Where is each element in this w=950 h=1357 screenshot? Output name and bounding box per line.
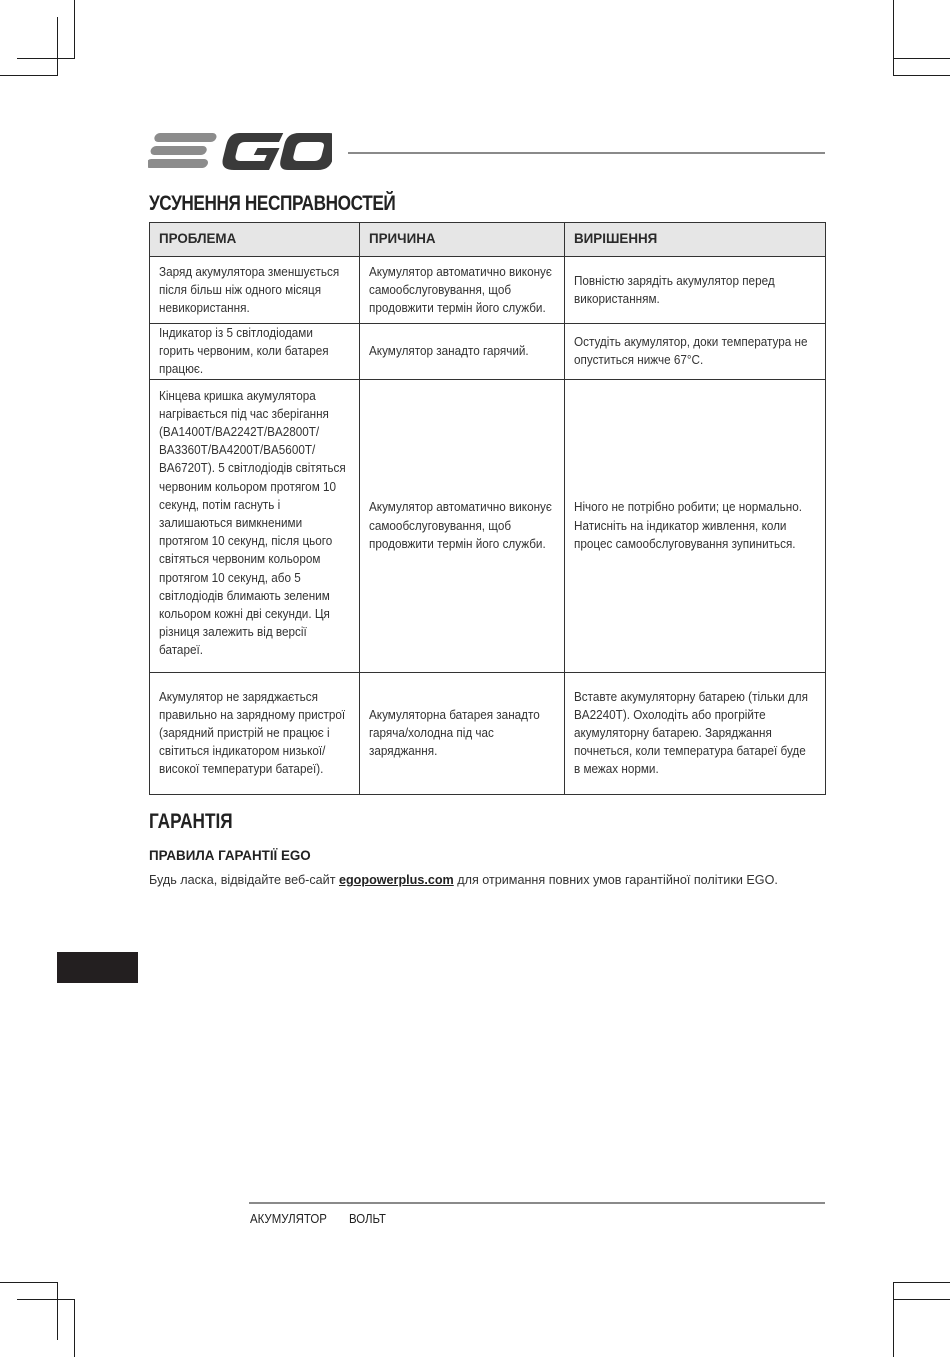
cell-solution: Нічого не потрібно робити; це нормально.… xyxy=(565,379,826,672)
header-problem: ПРОБЛЕМА xyxy=(150,223,360,257)
table-row: Індикатор із 5 світлодіодами горить черв… xyxy=(150,324,826,380)
crop-mark xyxy=(893,1282,894,1357)
warranty-link[interactable]: egopowerplus.com xyxy=(339,873,454,887)
cell-problem: Заряд акумулятора зменшується після біль… xyxy=(150,257,360,324)
crop-mark xyxy=(57,1282,58,1340)
cell-cause: Акумулятор занадто гарячий. xyxy=(360,324,565,380)
footer-left: АКУМУЛЯТОР xyxy=(250,1211,327,1226)
crop-mark xyxy=(74,0,75,58)
cell-cause: Акумуляторна батарея занадто гаряча/холо… xyxy=(360,672,565,794)
cell-solution: Вставте акумуляторну батарею (тільки для… xyxy=(565,672,826,794)
crop-mark xyxy=(17,1299,75,1300)
crop-mark xyxy=(893,1299,950,1300)
warranty-subtitle: ПРАВИЛА ГАРАНТІЇ EGO xyxy=(149,848,311,863)
cell-problem: Кінцева кришка акумулятора нагрівається … xyxy=(150,379,360,672)
crop-mark xyxy=(893,58,950,59)
cell-cause: Акумулятор автоматично виконує самообслу… xyxy=(360,257,565,324)
crop-mark xyxy=(0,1282,58,1283)
crop-mark xyxy=(17,58,75,59)
crop-mark xyxy=(0,75,58,76)
crop-mark xyxy=(57,17,58,75)
cell-cause: Акумулятор автоматично виконує самообслу… xyxy=(360,379,565,672)
crop-mark xyxy=(893,75,950,76)
troubleshooting-table: ПРОБЛЕМА ПРИЧИНА ВИРІШЕННЯ Заряд акумуля… xyxy=(149,222,826,795)
cell-solution: Повністю зарядіть акумулятор перед викор… xyxy=(565,257,826,324)
table-header-row: ПРОБЛЕМА ПРИЧИНА ВИРІШЕННЯ xyxy=(150,223,826,257)
ego-logo xyxy=(148,130,332,172)
crop-mark xyxy=(893,0,894,76)
language-tab-marker xyxy=(57,952,138,983)
warranty-text: Будь ласка, відвідайте веб-сайт egopower… xyxy=(149,873,778,887)
cell-problem: Акумулятор не заряджається правильно на … xyxy=(150,672,360,794)
section-title-warranty: ГАРАНТІЯ xyxy=(149,810,233,834)
crop-mark xyxy=(74,1299,75,1357)
cell-problem: Індикатор із 5 світлодіодами горить черв… xyxy=(150,324,360,380)
footer-rule xyxy=(249,1202,825,1204)
footer-right: ВОЛЬТ xyxy=(349,1211,386,1226)
crop-mark xyxy=(893,1282,950,1283)
cell-solution: Остудіть акумулятор, доки температура не… xyxy=(565,324,826,380)
header-cause: ПРИЧИНА xyxy=(360,223,565,257)
table-row: Заряд акумулятора зменшується після біль… xyxy=(150,257,826,324)
table-row: Акумулятор не заряджається правильно на … xyxy=(150,672,826,794)
section-title-troubleshooting: УСУНЕННЯ НЕСПРАВНОСТЕЙ xyxy=(149,192,395,216)
header-rule xyxy=(348,152,825,154)
header-solution: ВИРІШЕННЯ xyxy=(565,223,826,257)
table-row: Кінцева кришка акумулятора нагрівається … xyxy=(150,379,826,672)
